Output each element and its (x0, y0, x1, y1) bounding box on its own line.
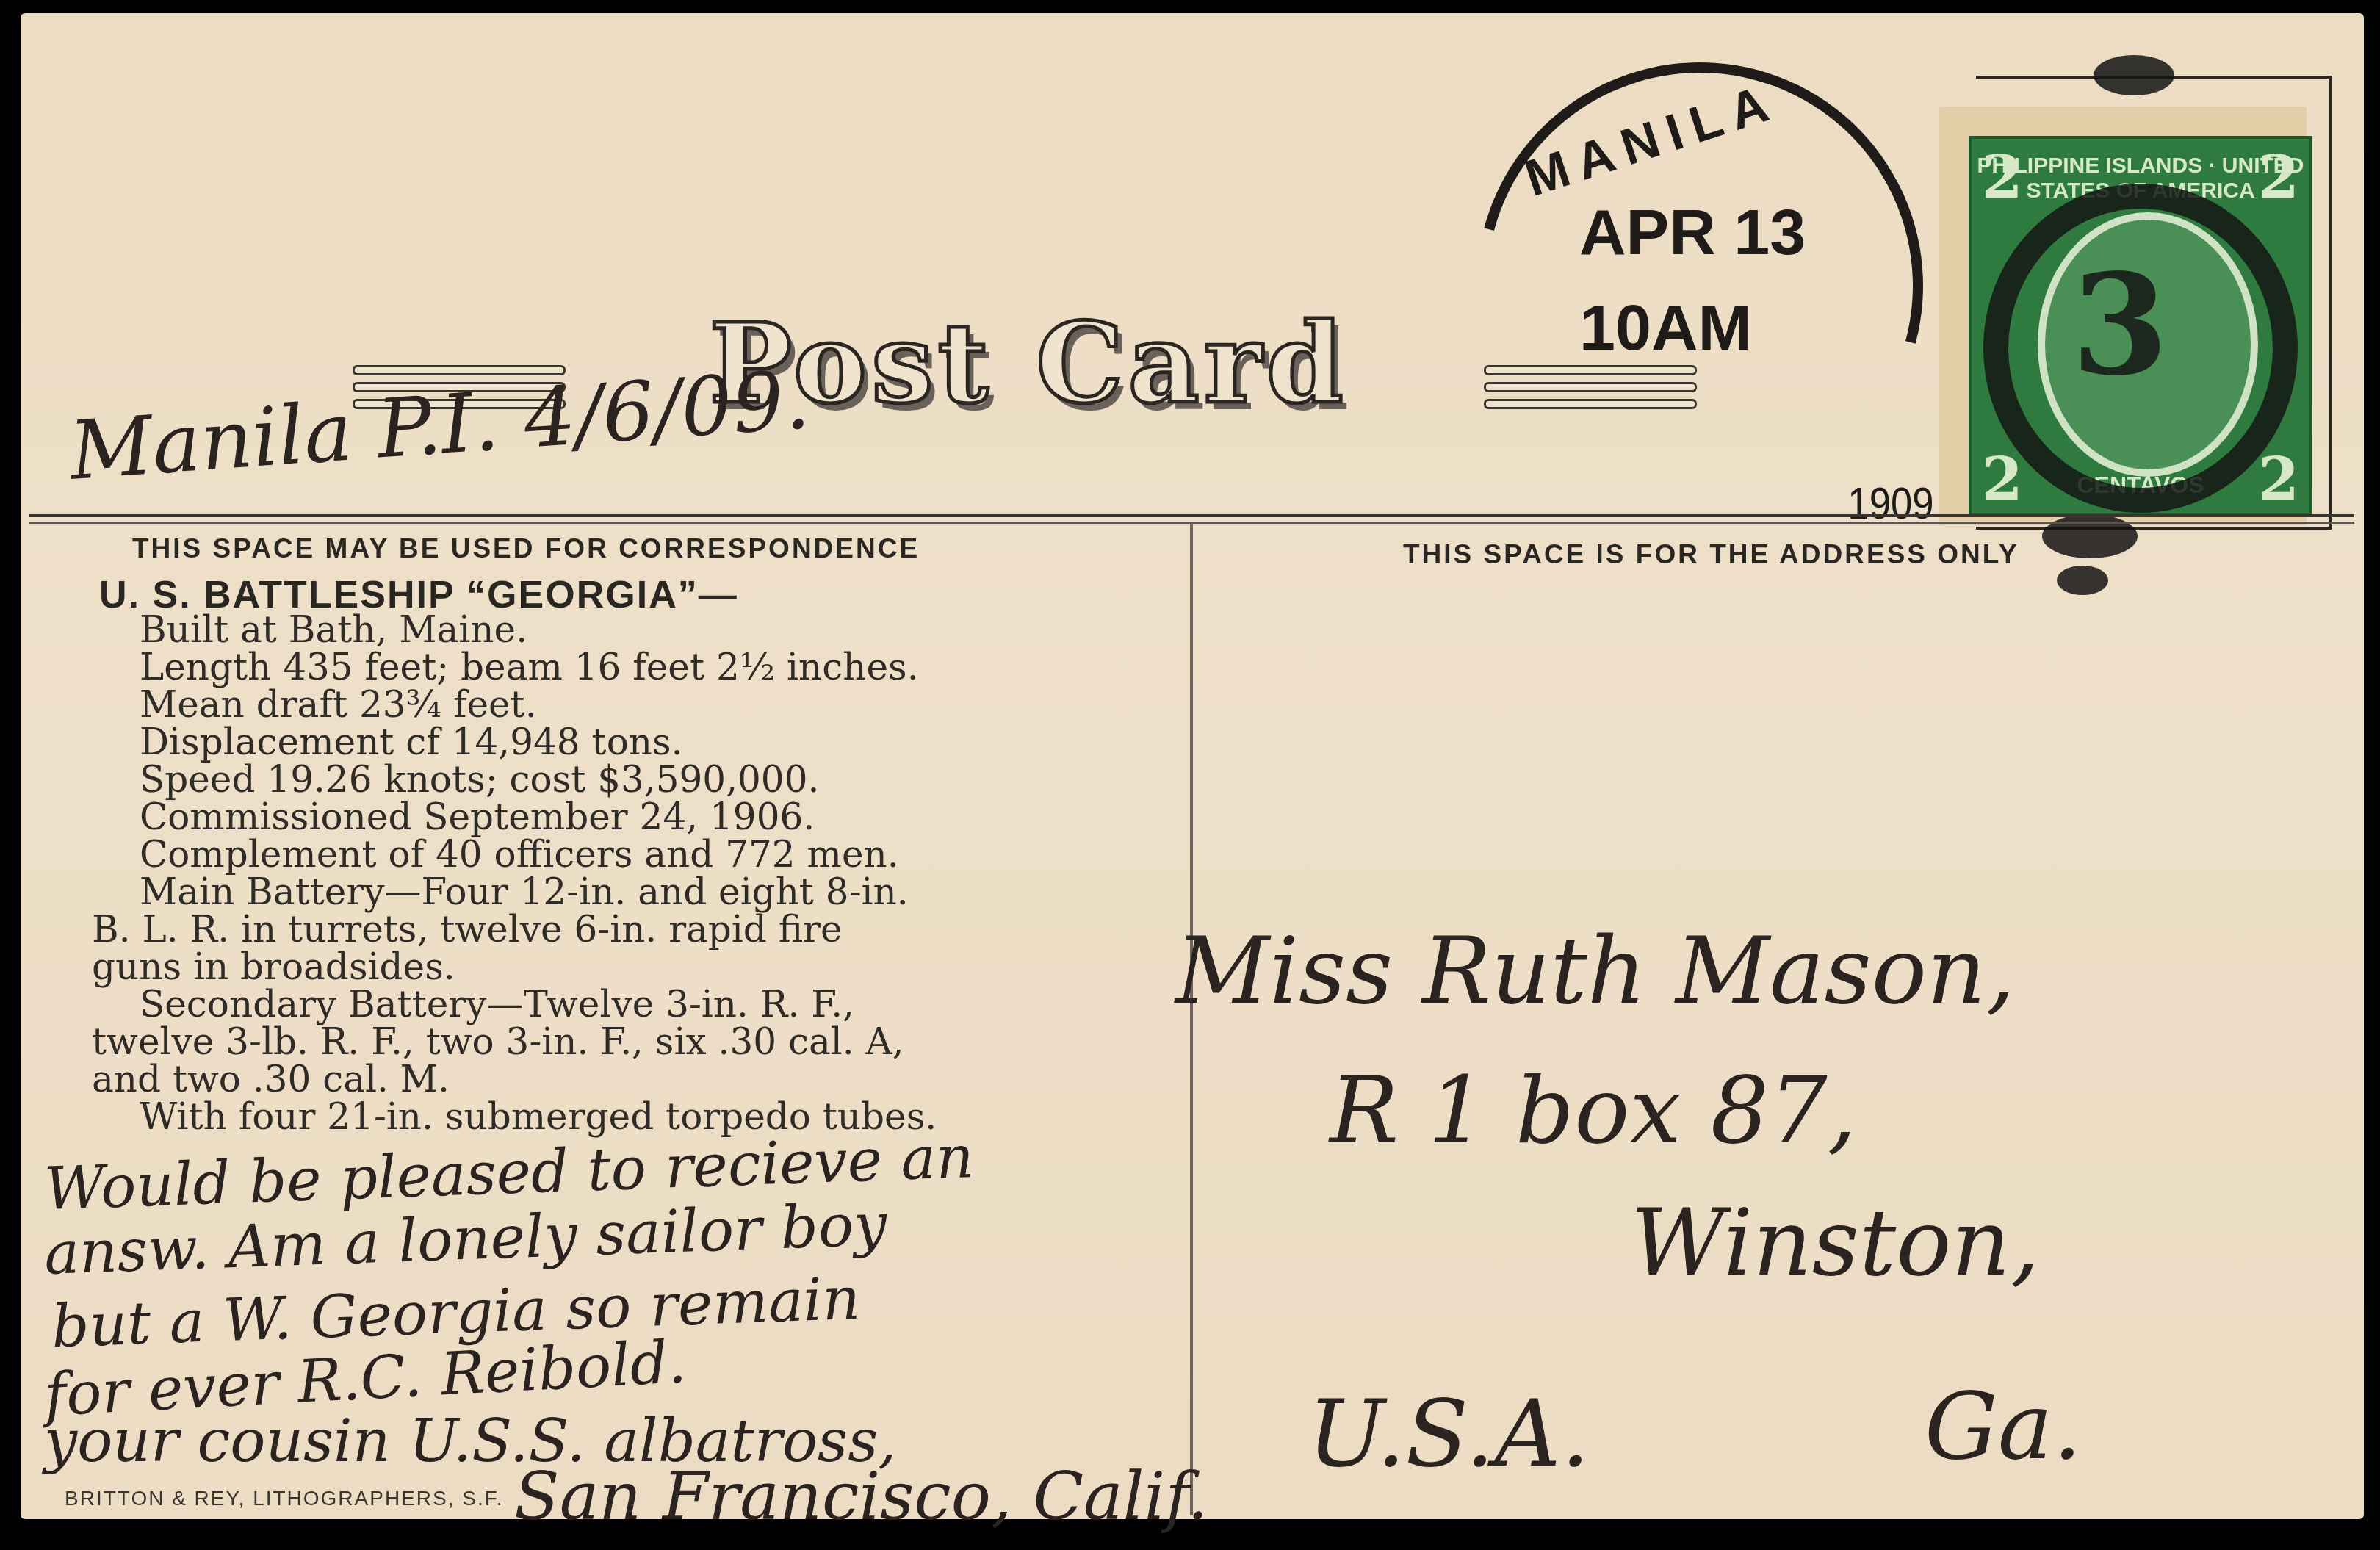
printer-credit: BRITTON & REY, LITHOGRAPHERS, S.F. (65, 1487, 504, 1510)
description-line: Commissioned September 24, 1906. (92, 799, 1120, 836)
stamp-value: 2 (2258, 444, 2299, 513)
description-line: Built at Bath, Maine. (92, 611, 1120, 649)
address-line: Winston, (1631, 1190, 2040, 1297)
description-line: Displacement cf 14,948 tons. (92, 724, 1120, 761)
description-line: Main Battery—Four 12-in. and eight 8-in. (92, 873, 1120, 911)
address-line: R 1 box 87, (1330, 1058, 1856, 1164)
correspondence-label: THIS SPACE MAY BE USED FOR CORRESPONDENC… (132, 533, 920, 564)
ink-blot (2057, 566, 2108, 595)
description-line: twelve 3-lb. R. F., two 3-in. F., six .3… (92, 1023, 1120, 1061)
description-line: Mean draft 23¾ feet. (92, 686, 1120, 724)
stamp-value: 2 (2258, 143, 2299, 212)
ink-blot (2094, 55, 2174, 95)
description-line: B. L. R. in turrets, twelve 6-in. rapid … (92, 911, 1120, 948)
description-line: Speed 19.26 knots; cost $3,590,000. (92, 761, 1120, 799)
address-line: U.S.A. (1308, 1381, 1590, 1488)
stamp-value: 2 (1982, 444, 2023, 513)
postmark-time: 10AM (1579, 290, 1752, 365)
address-line: Ga. (1925, 1374, 2082, 1480)
postmark-date: APR 13 (1579, 195, 1806, 270)
description-line: Complement of 40 officers and 772 men. (92, 836, 1120, 873)
description-line: and two .30 cal. M. (92, 1061, 1120, 1098)
ship-description: Built at Bath, Maine. Length 435 feet; b… (92, 611, 1120, 1136)
address-line: Miss Ruth Mason, (1175, 918, 2015, 1025)
stamp-value: 2 (1982, 143, 2023, 212)
description-line: guns in broadsides. (92, 948, 1120, 986)
address-label: THIS SPACE IS FOR THE ADDRESS ONLY (1403, 539, 2019, 570)
stamp-cancel-number: 3 (2071, 242, 2168, 406)
description-line: Length 435 feet; beam 16 feet 2½ inches. (92, 649, 1120, 686)
description-line: Secondary Battery—Twelve 3-in. R. F., (92, 986, 1120, 1023)
message-line: San Francisco, Calif. (514, 1458, 1208, 1535)
